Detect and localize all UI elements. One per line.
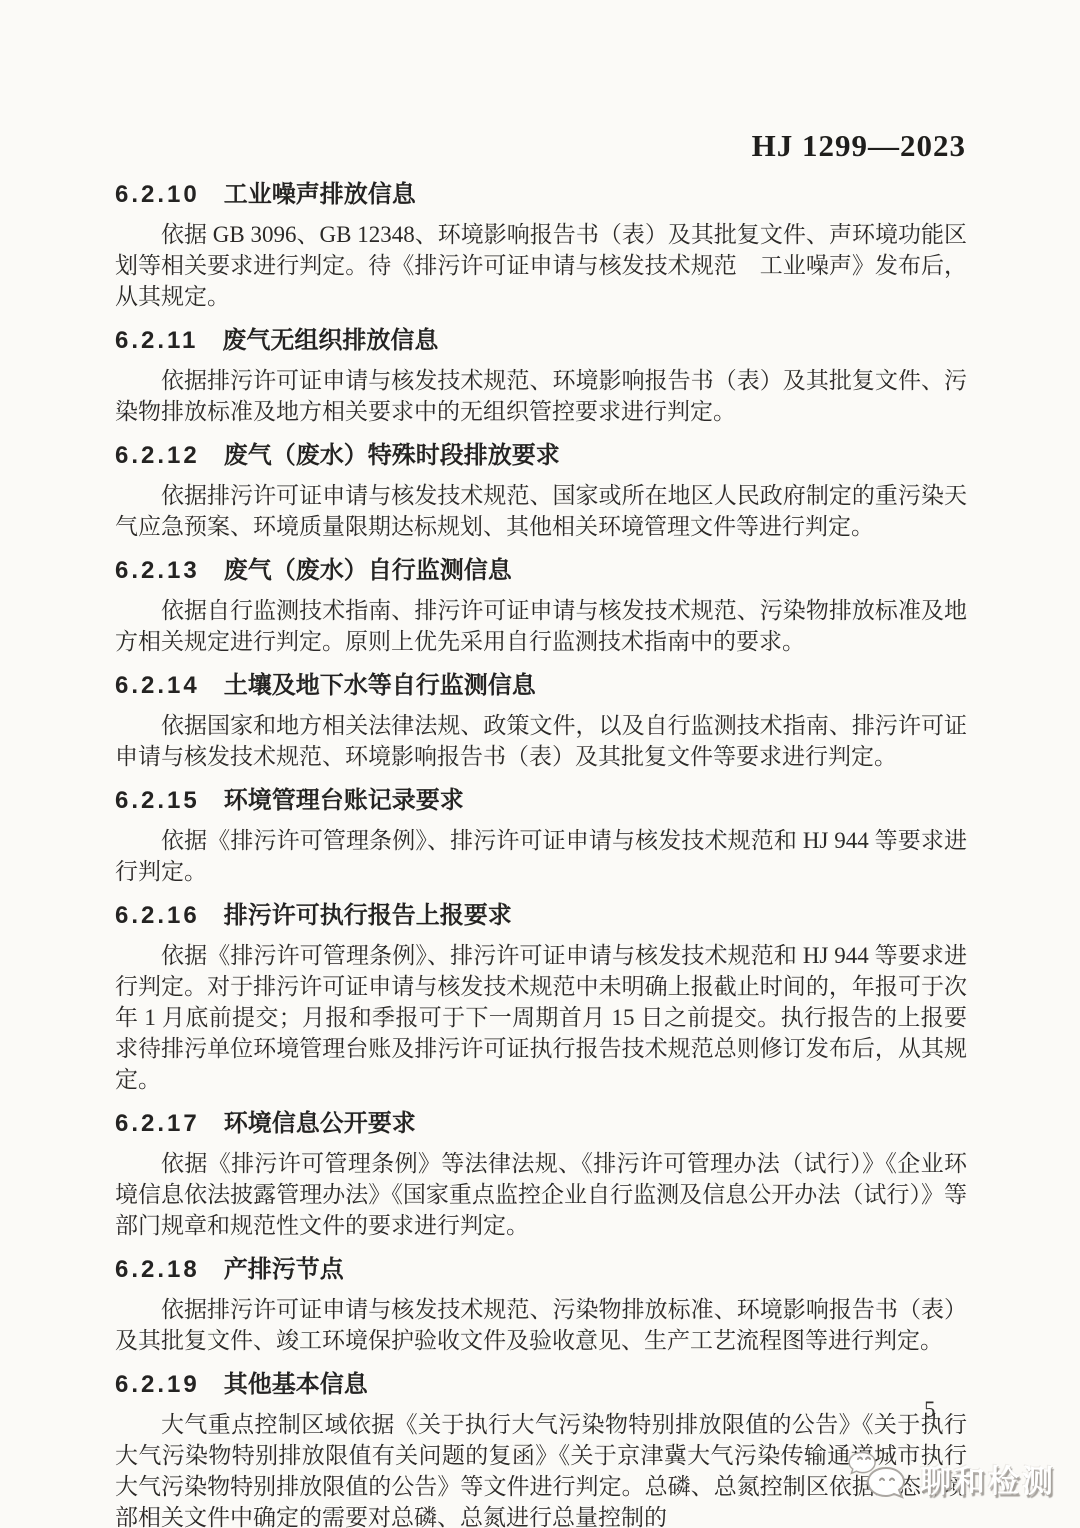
standard-section: 6.2.16排污许可执行报告上报要求依据《排污许可管理条例》、排污许可证申请与核…	[115, 901, 967, 1095]
section-number: 6.2.14	[115, 672, 200, 699]
section-number: 6.2.18	[115, 1256, 200, 1283]
section-number: 6.2.11	[115, 327, 198, 354]
section-title: 其他基本信息	[224, 1371, 368, 1398]
section-title: 土壤及地下水等自行监测信息	[224, 672, 536, 699]
standard-section: 6.2.19其他基本信息大气重点控制区域依据《关于执行大气污染物特别排放限值的公…	[115, 1370, 967, 1528]
section-paragraph: 依据排污许可证申请与核发技术规范、国家或所在地区人民政府制定的重污染天气应急预案…	[115, 480, 967, 542]
section-heading: 6.2.10工业噪声排放信息	[115, 180, 967, 210]
section-paragraph: 依据《排污许可管理条例》等法律法规、《排污许可管理办法（试行）》《企业环境信息依…	[115, 1148, 967, 1241]
section-paragraph: 依据国家和地方相关法律法规、政策文件，以及自行监测技术指南、排污许可证申请与核发…	[115, 710, 967, 772]
wechat-icon	[846, 1450, 910, 1506]
section-heading: 6.2.19其他基本信息	[115, 1370, 967, 1400]
standard-section: 6.2.13废气（废水）自行监测信息依据自行监测技术指南、排污许可证申请与核发技…	[115, 556, 967, 657]
section-title: 废气无组织排放信息	[222, 327, 438, 354]
standard-section: 6.2.11废气无组织排放信息依据排污许可证申请与核发技术规范、环境影响报告书（…	[115, 326, 967, 427]
standard-section: 6.2.14土壤及地下水等自行监测信息依据国家和地方相关法律法规、政策文件，以及…	[115, 671, 967, 772]
standard-section: 6.2.10工业噪声排放信息依据 GB 3096、GB 12348、环境影响报告…	[115, 180, 967, 312]
section-heading: 6.2.17环境信息公开要求	[115, 1109, 967, 1139]
section-title: 环境信息公开要求	[224, 1110, 416, 1137]
section-heading: 6.2.12废气（废水）特殊时段排放要求	[115, 441, 967, 471]
section-number: 6.2.17	[115, 1110, 200, 1137]
section-heading: 6.2.16排污许可执行报告上报要求	[115, 901, 967, 931]
section-title: 废气（废水）特殊时段排放要求	[224, 442, 560, 469]
section-heading: 6.2.15环境管理台账记录要求	[115, 786, 967, 816]
section-number: 6.2.15	[115, 787, 200, 814]
section-heading: 6.2.14土壤及地下水等自行监测信息	[115, 671, 967, 701]
standard-section: 6.2.15环境管理台账记录要求依据《排污许可管理条例》、排污许可证申请与核发技…	[115, 786, 967, 887]
page-number: 5	[924, 1397, 936, 1423]
section-paragraph: 依据排污许可证申请与核发技术规范、污染物排放标准、环境影响报告书（表）及其批复文…	[115, 1294, 967, 1356]
section-paragraph: 依据 GB 3096、GB 12348、环境影响报告书（表）及其批复文件、声环境…	[115, 219, 967, 312]
section-number: 6.2.16	[115, 902, 200, 929]
section-paragraph: 依据《排污许可管理条例》、排污许可证申请与核发技术规范和 HJ 944 等要求进…	[115, 940, 967, 1095]
section-number: 6.2.10	[115, 181, 200, 208]
watermark: 聊和检测	[846, 1450, 1056, 1506]
standard-section: 6.2.12废气（废水）特殊时段排放要求依据排污许可证申请与核发技术规范、国家或…	[115, 441, 967, 542]
section-heading: 6.2.13废气（废水）自行监测信息	[115, 556, 967, 586]
section-title: 工业噪声排放信息	[224, 181, 416, 208]
section-title: 环境管理台账记录要求	[224, 787, 464, 814]
standard-section: 6.2.17环境信息公开要求依据《排污许可管理条例》等法律法规、《排污许可管理办…	[115, 1109, 967, 1241]
section-heading: 6.2.11废气无组织排放信息	[115, 326, 967, 356]
document-code-header: HJ 1299—2023	[0, 128, 1080, 164]
section-paragraph: 大气重点控制区域依据《关于执行大气污染物特别排放限值的公告》《关于执行大气污染物…	[115, 1409, 967, 1528]
standard-section: 6.2.18产排污节点依据排污许可证申请与核发技术规范、污染物排放标准、环境影响…	[115, 1255, 967, 1356]
section-number: 6.2.19	[115, 1371, 200, 1398]
section-title: 排污许可执行报告上报要求	[224, 902, 512, 929]
section-number: 6.2.12	[115, 442, 200, 469]
section-paragraph: 依据《排污许可管理条例》、排污许可证申请与核发技术规范和 HJ 944 等要求进…	[115, 825, 967, 887]
watermark-text: 聊和检测	[920, 1456, 1056, 1501]
section-paragraph: 依据自行监测技术指南、排污许可证申请与核发技术规范、污染物排放标准及地方相关规定…	[115, 595, 967, 657]
section-title: 产排污节点	[224, 1256, 344, 1283]
section-title: 废气（废水）自行监测信息	[224, 557, 512, 584]
section-number: 6.2.13	[115, 557, 200, 584]
section-paragraph: 依据排污许可证申请与核发技术规范、环境影响报告书（表）及其批复文件、污染物排放标…	[115, 365, 967, 427]
document-body: 6.2.10工业噪声排放信息依据 GB 3096、GB 12348、环境影响报告…	[115, 180, 967, 1528]
section-heading: 6.2.18产排污节点	[115, 1255, 967, 1285]
